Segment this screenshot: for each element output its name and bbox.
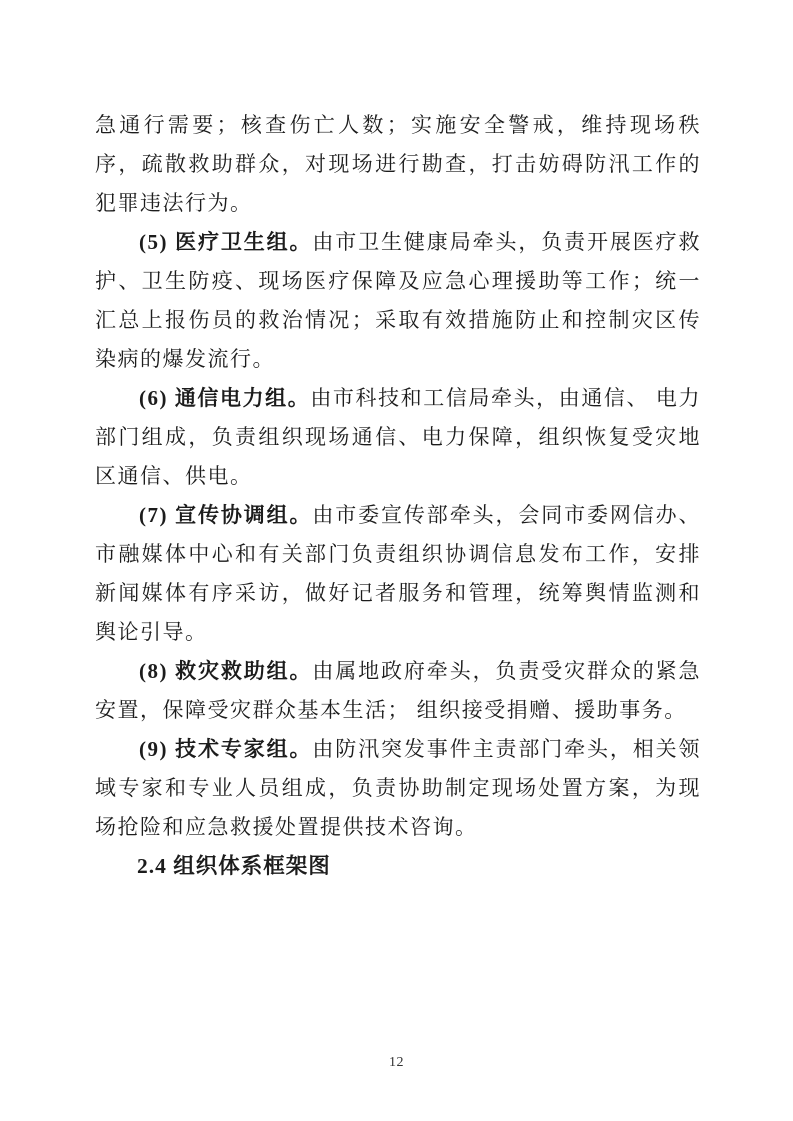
list-item-label: (6) 通信电力组。 [139, 386, 310, 410]
paragraph-expert-group: (9) 技术专家组。由防汛突发事件主责部门牵头，相关领域专家和专业人员组成，负责… [95, 730, 701, 847]
list-item-label: (5) 医疗卫生组。 [139, 230, 312, 254]
page-footer: 12 [0, 1053, 793, 1071]
paragraph-text: 急通行需要；核查伤亡人数；实施安全警戒，维持现场秩序，疏散救助群众，对现场进行勘… [95, 113, 701, 215]
section-heading: 2.4 组织体系框架图 [95, 847, 701, 886]
document-page: 急通行需要；核查伤亡人数；实施安全警戒，维持现场秩序，疏散救助群众，对现场进行勘… [0, 0, 793, 1121]
page-body: 急通行需要；核查伤亡人数；实施安全警戒，维持现场秩序，疏散救助群众，对现场进行勘… [95, 106, 701, 886]
paragraph-telecom-power-group: (6) 通信电力组。由市科技和工信局牵头，由通信、 电力部门组成，负责组织现场通… [95, 379, 701, 496]
list-item-label: (7) 宣传协调组。 [139, 503, 312, 527]
list-item-label: (9) 技术专家组。 [139, 737, 312, 761]
paragraph-publicity-group: (7) 宣传协调组。由市委宣传部牵头，会同市委网信办、市融媒体中心和有关部门负责… [95, 496, 701, 652]
list-item-label: (8) 救灾救助组。 [139, 659, 312, 683]
paragraph-medical-group: (5) 医疗卫生组。由市卫生健康局牵头，负责开展医疗救护、卫生防疫、现场医疗保障… [95, 223, 701, 379]
paragraph-disaster-relief-group: (8) 救灾救助组。由属地政府牵头，负责受灾群众的紧急安置，保障受灾群众基本生活… [95, 652, 701, 730]
page-number: 12 [389, 1055, 404, 1070]
paragraph-continuation: 急通行需要；核查伤亡人数；实施安全警戒，维持现场秩序，疏散救助群众，对现场进行勘… [95, 106, 701, 223]
